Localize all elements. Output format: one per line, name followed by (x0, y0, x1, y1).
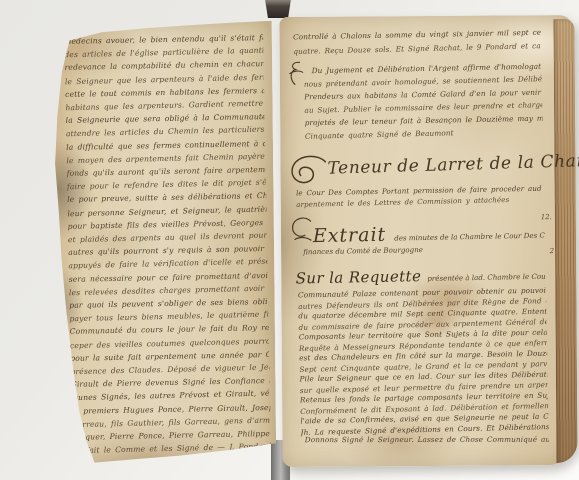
manuscript-line: Donnons Signé le Seigneur. Lassez de Cho… (305, 435, 549, 446)
jugement-lines: Du Jugement et Délibération l'Argent aff… (304, 60, 543, 143)
jugement-paragraph: Du Jugement et Délibération l'Argent aff… (294, 60, 543, 143)
spiral-flourish-icon (290, 217, 312, 243)
spiral-flourish-icon (287, 153, 328, 190)
scanned-manuscript: médecins avouer, le bien entendu qu'il s… (0, 0, 579, 480)
heading-requette-row: Sur la Requette présentée à lad. Chambre… (295, 265, 545, 288)
heading-extrait-row: Extrait des minutes de la Chambre le Cou… (290, 212, 545, 248)
ink-flourish-icon (287, 60, 303, 86)
controle-note: Controllé à Chalons la somme du vingt si… (293, 26, 541, 58)
heading-teneur: Teneur de Larret de la Chambre (327, 150, 579, 179)
heading-requette: Sur la Requette (295, 267, 421, 287)
margin-mark: 2 (550, 247, 555, 255)
book-cradle-clamp (264, 0, 292, 18)
manuscript-page-right: Controllé à Chalons la somme du vingt si… (279, 15, 577, 467)
manuscript-page-left: médecins avouer, le bien entendu qu'il s… (42, 21, 277, 463)
extrait-side-text: des minutes de la Chambre le Cour Des Co… (394, 231, 545, 243)
heading-teneur-row: Teneur de Larret de la Chambre (287, 147, 544, 191)
right-page-text-block: Controllé à Chalons la somme du vingt si… (293, 26, 549, 463)
manuscript-line: du fait le Comme et les Signé de — J. Po… (72, 440, 271, 458)
book-fore-edge (553, 19, 577, 463)
left-page-text-block: médecins avouer, le bien entendu qu'il s… (64, 31, 271, 458)
requette-body: Communauté Palaze contenant pour pouvoir… (298, 286, 549, 448)
heading-extrait: Extrait (313, 224, 387, 247)
margin-mark: 12. (541, 213, 552, 221)
requette-side-text: présentée à lad. Chambre le Cour par les… (427, 272, 546, 283)
